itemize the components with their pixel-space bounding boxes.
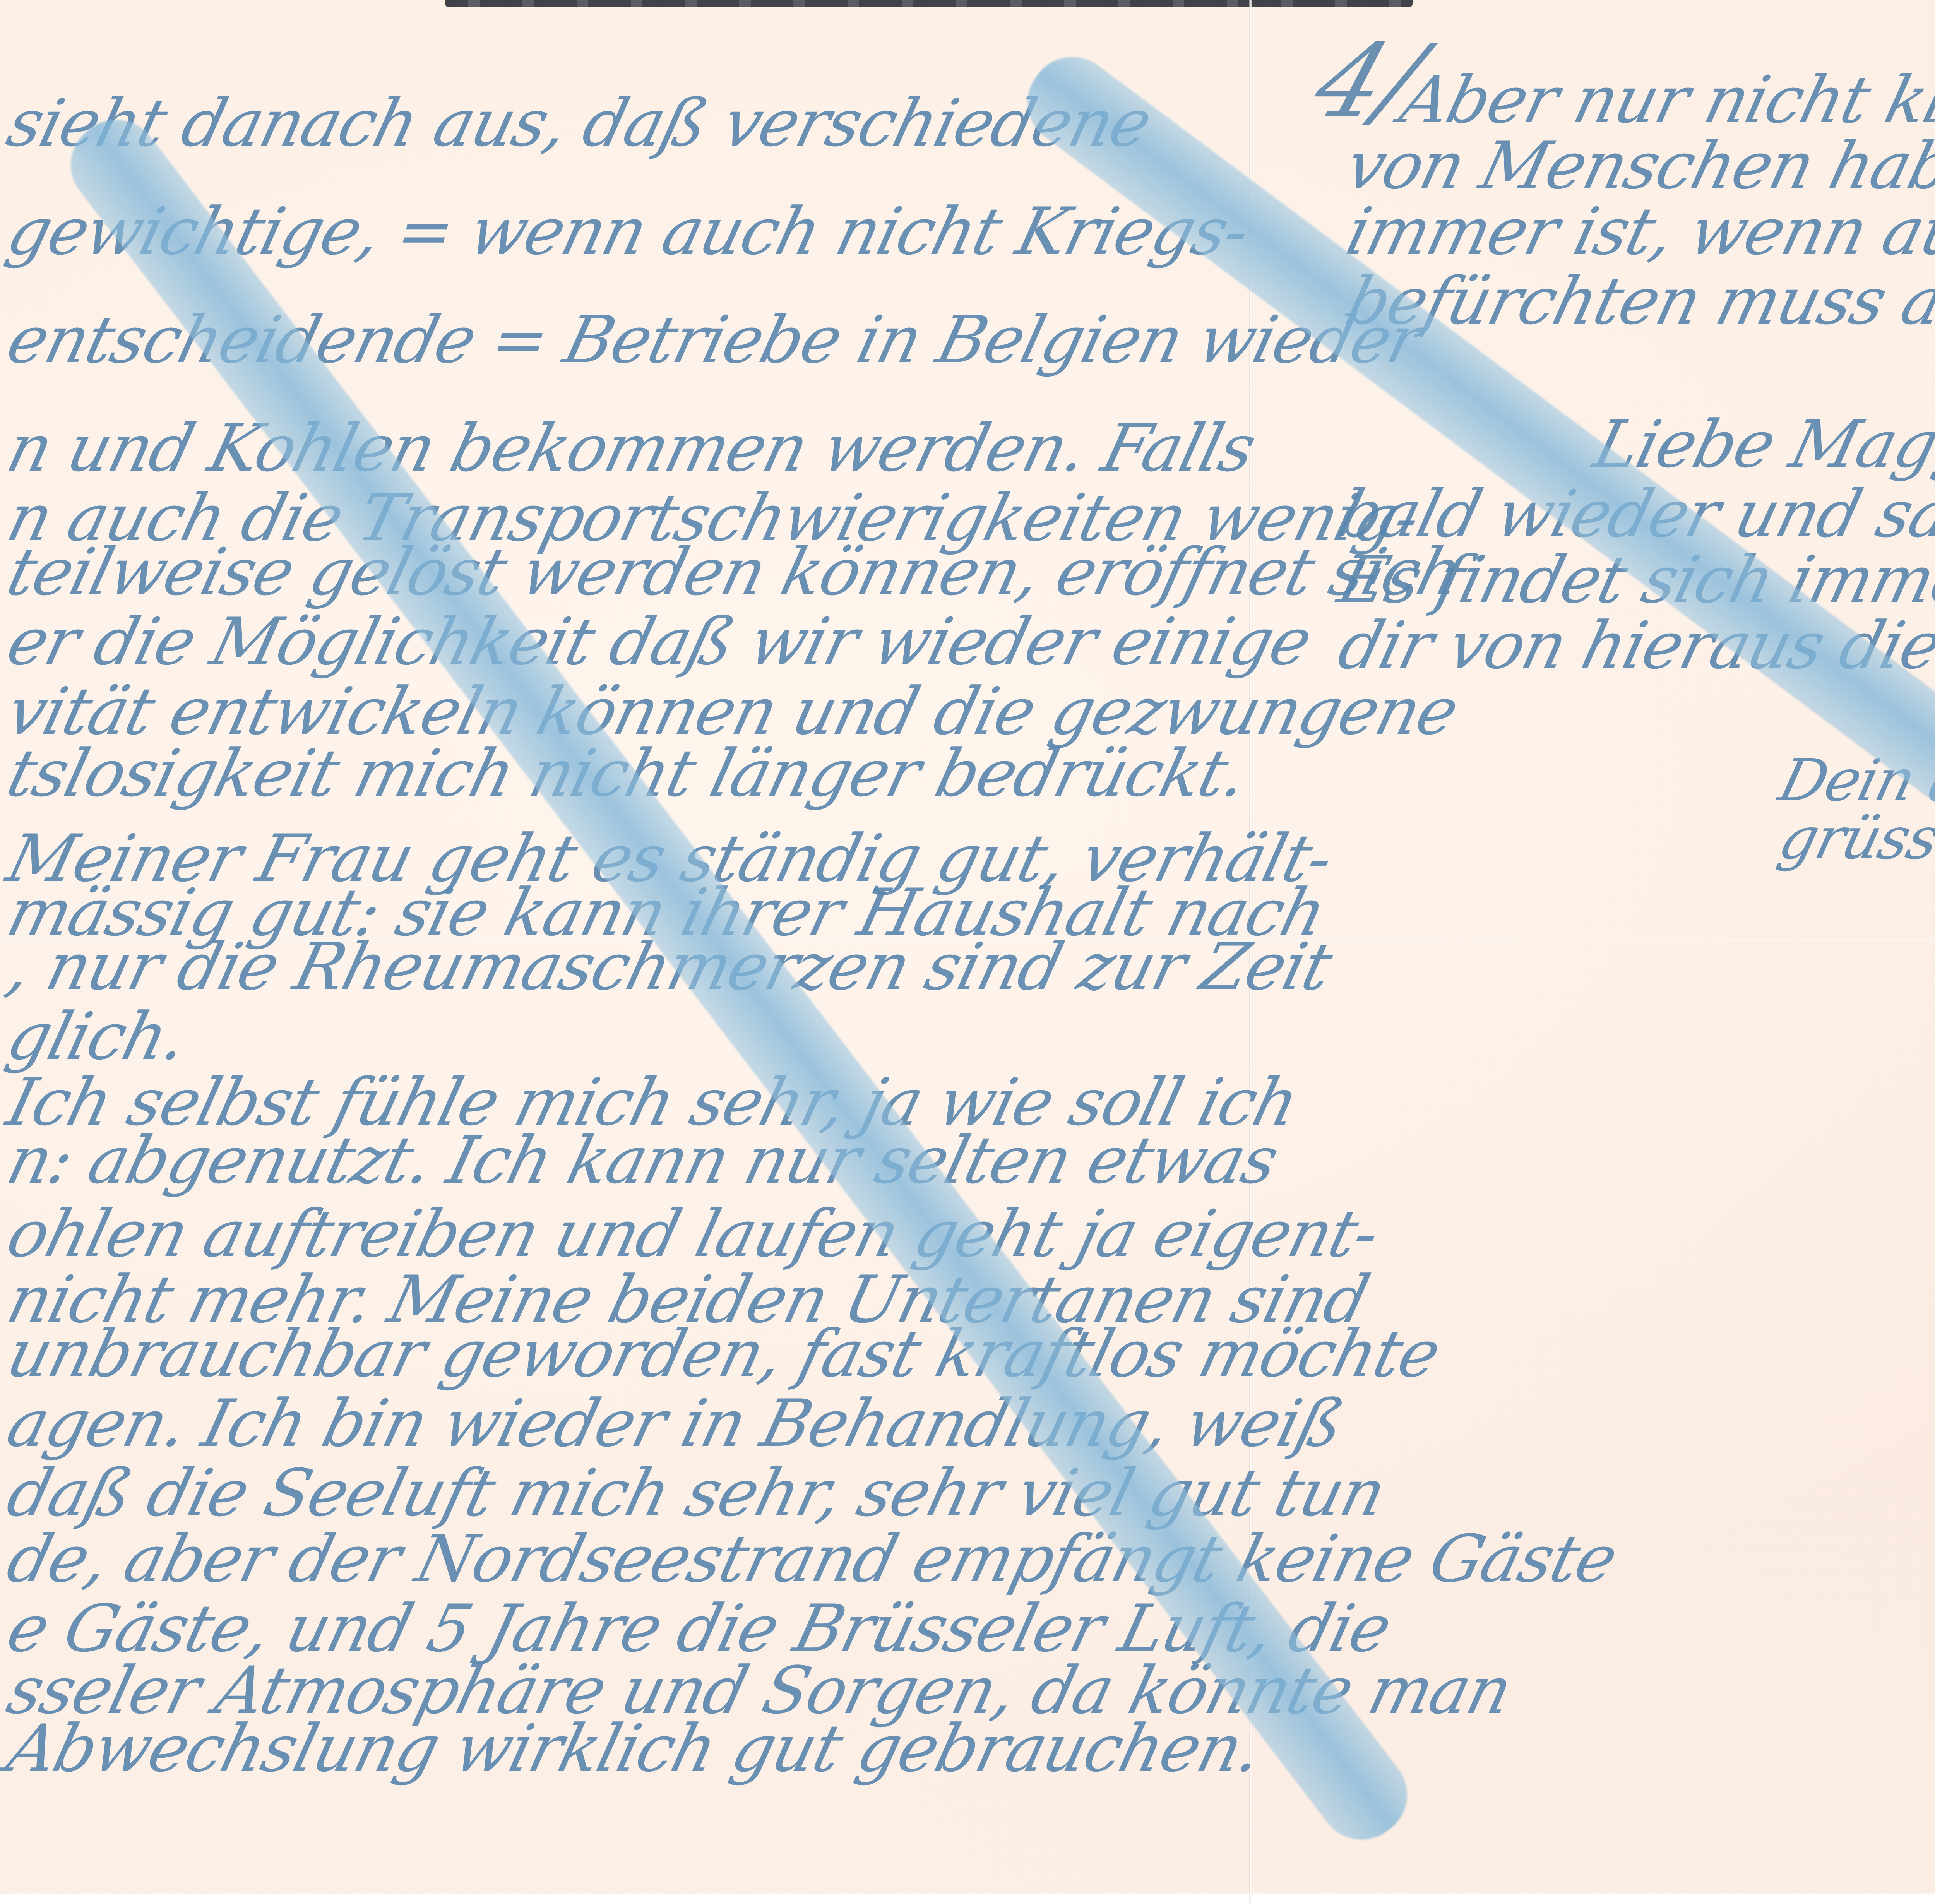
handwritten-line: immer ist, wenn auch man jetzt Tag tägli… (1339, 193, 1935, 269)
handwritten-line: ohlen auftreiben und laufen geht ja eige… (0, 1196, 1386, 1272)
handwritten-line: er die Möglichkeit daß wir wieder einige (0, 604, 1319, 680)
handwritten-line: Abwechslung wirklich gut gebrauchen. (0, 1711, 1269, 1786)
handwritten-line: teilweise gelöst werden können, eröffnet… (0, 534, 1469, 610)
closing-line: grüsst und küsst dich (1772, 805, 1935, 872)
letter-sheet: sieht danach aus, daß verschiedene gewic… (0, 0, 1935, 1904)
handwritten-line: unbrauchbar geworden, fast kraftlos möch… (0, 1316, 1447, 1392)
handwritten-line: von Menschen haben nicht mehr, was mir n… (1339, 128, 1935, 204)
handwritten-line: Aber nur nicht klagen, denn Millionen (1393, 62, 1935, 138)
handwritten-line: sieht danach aus, daß verschiedene (0, 85, 1158, 161)
handwritten-line: n: abgenutzt. Ich kann nur selten etwas (0, 1122, 1285, 1198)
handwritten-line: glich. (0, 998, 194, 1074)
handwritten-line: n und Kohlen bekommen werden. Falls (0, 410, 1262, 486)
